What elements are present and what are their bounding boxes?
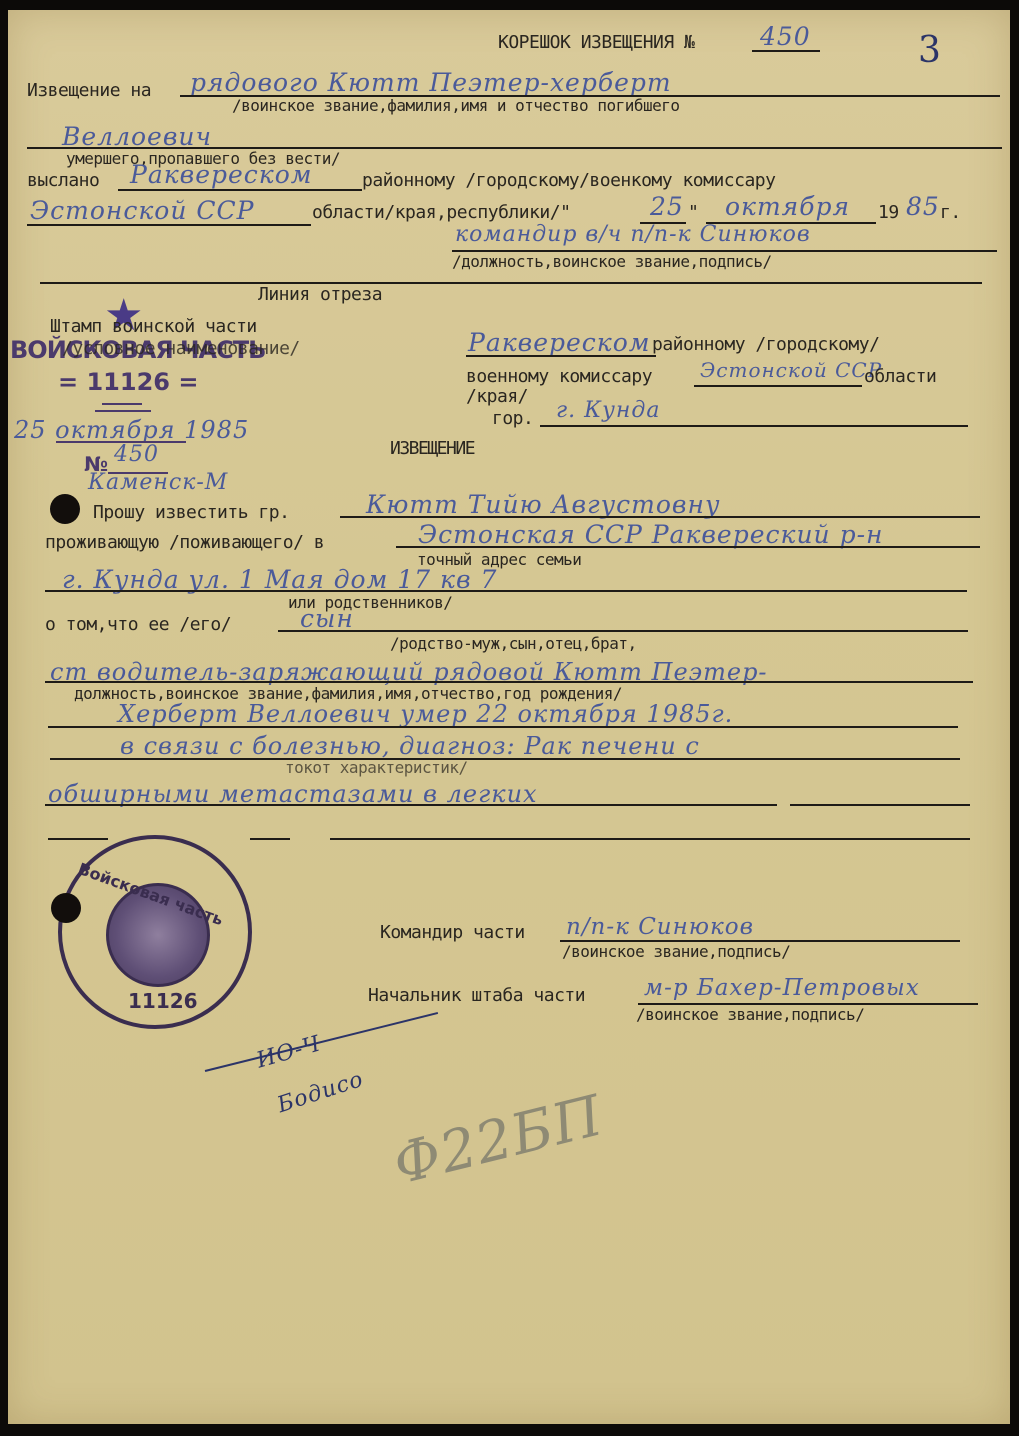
addressee-district-suffix: районному /городскому/	[652, 334, 879, 355]
cause-line1: в связи с болезнью, диагноз: Рак печени …	[120, 732, 700, 760]
region-suffix: области/края,республики/"	[312, 202, 570, 223]
relation-underline	[278, 630, 968, 632]
caption-signer: /должность,воинское звание,подпись/	[452, 252, 772, 271]
unit-stamp-label-2: /условное наименование/	[62, 338, 300, 359]
punch-hole-top	[50, 494, 80, 524]
region-value: Эстонской ССР	[30, 196, 254, 225]
caption-relation: /родство-муж,сын,отец,брат,	[390, 634, 637, 653]
stub-signer-value: командир в/ч п/п-к Синюков	[455, 222, 811, 247]
addressee-line2-suffix: области	[864, 366, 936, 387]
seal-number: 11126	[128, 989, 198, 1013]
quote-mark: "	[688, 202, 698, 223]
caption-rank-name: /воинское звание,фамилия,имя и отчество …	[232, 96, 680, 115]
addressee-region: Эстонской ССР	[700, 358, 882, 382]
day-value: 25	[650, 192, 684, 221]
city-underline	[540, 425, 968, 427]
stub-title: КОРЕШОК ИЗВЕЩЕНИЯ №	[498, 32, 694, 53]
cause-line2-underline-b	[790, 804, 970, 806]
addressee-line3: /края/	[466, 386, 528, 407]
addressee-district: Раквереском	[468, 328, 651, 357]
unit-stamp-number: = 11126 =	[58, 368, 198, 396]
year-prefix: 19	[878, 202, 899, 223]
sent-underline	[118, 189, 362, 191]
year-suffix: г.	[940, 202, 961, 223]
extra-line-a	[48, 838, 108, 840]
official-seal: Войсковая часть 11126	[58, 835, 252, 1029]
stamp-dash-2	[95, 410, 151, 412]
stub-number-underline	[752, 50, 820, 52]
commander-label: Командир части	[380, 922, 525, 943]
residing-underline	[396, 546, 980, 548]
unit-stamp-date: 25 октября 1985	[14, 416, 249, 444]
notice-title: ИЗВЕЩЕНИЕ	[390, 438, 474, 459]
unit-stamp-number-value: 450	[114, 442, 159, 467]
request-label: Прошу известить гр.	[93, 502, 289, 523]
commander-value: п/п-к Синюков	[566, 914, 754, 940]
person-line2: Херберт Веллоевич умер 22 октября 1985г.	[118, 700, 733, 728]
unit-stamp-label-1: Штамп воинской части	[50, 316, 257, 337]
chief-label: Начальник штаба части	[368, 985, 585, 1006]
addressee-region-underline	[694, 385, 862, 387]
year-value: 85	[906, 192, 940, 221]
caption-cause: токот характеристик/	[285, 758, 468, 777]
residing-label: проживающую /поживающего/ в	[45, 532, 324, 553]
residing-value: Эстонская ССР Раквереский р-н	[418, 520, 884, 549]
person-line1-underline	[45, 681, 973, 683]
punch-hole-bottom	[51, 893, 81, 923]
relation-value: сын	[300, 604, 354, 633]
stub-number: 450	[760, 22, 811, 51]
cause-line2-underline-a	[45, 804, 777, 806]
month-value: октября	[725, 192, 850, 221]
person-line2-underline	[48, 726, 958, 728]
sent-label: выслано	[27, 170, 99, 191]
extra-line-b	[250, 838, 290, 840]
sent-value: Раквереском	[130, 160, 313, 189]
notice-on-value: рядового Кютт Пеэтер-херберт	[190, 68, 672, 97]
chief-caption: /воинское звание,подпись/	[636, 1005, 864, 1024]
address-underline	[45, 590, 967, 592]
cause-line1-underline	[50, 758, 960, 760]
sent-suffix: районному /городскому/военкому комиссару	[362, 170, 775, 191]
cut-line	[40, 282, 982, 284]
region-underline	[27, 224, 311, 226]
cut-line-label: Линия отреза	[258, 284, 382, 305]
request-value: Кютт Тийю Августовну	[366, 490, 720, 519]
commander-caption: /воинское звание,подпись/	[562, 942, 790, 961]
city-value: г. Кунда	[556, 398, 660, 423]
that-label: о том,что ее /его/	[45, 614, 231, 635]
unit-stamp-executor: Каменск-М	[88, 470, 228, 495]
addressee-district-underline	[466, 355, 656, 357]
request-underline	[340, 516, 980, 518]
city-label: гор.	[492, 408, 533, 429]
stamp-dash-1	[102, 403, 142, 405]
page-number: 3	[918, 30, 942, 71]
addressee-line2-prefix: военному комиссару	[466, 366, 652, 387]
notice-on-label: Извещение на	[27, 80, 151, 101]
extra-line-c	[330, 838, 970, 840]
chief-value: м-р Бахер-Петровых	[644, 975, 920, 1001]
